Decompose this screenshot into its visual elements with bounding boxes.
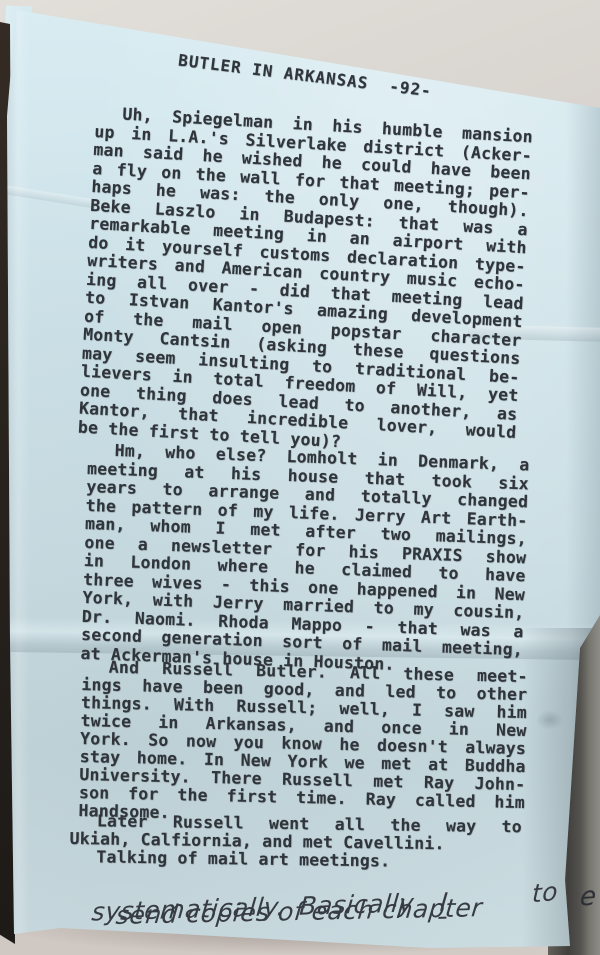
paragraph-3: And Russell Butler. All these meet-ings …	[78, 658, 528, 830]
letter-paper: BUTLER IN ARKANSAS -92- Uh, Spiegelman i…	[0, 0, 600, 955]
right-paper-shading	[566, 100, 600, 628]
paragraph-2: Hm, who else? Lomholt in Denmark, ameeti…	[80, 441, 529, 678]
handwriting-letter-on-edge: e	[579, 881, 598, 912]
handwriting-word-to: to	[532, 877, 559, 909]
paragraph-1: Uh, Spiegelman in his humble mansionup i…	[77, 104, 533, 461]
ink-smudge	[536, 710, 564, 730]
